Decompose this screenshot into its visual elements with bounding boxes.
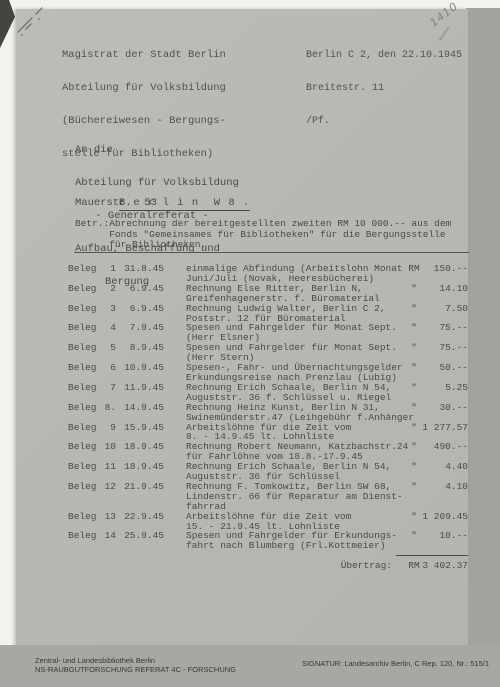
currency-mark: " bbox=[406, 363, 422, 373]
beleg-number: 1 bbox=[104, 264, 116, 274]
beleg-amount: 1 277.57 bbox=[422, 423, 468, 433]
currency-mark: " bbox=[406, 284, 422, 294]
beleg-date: 11.9.45 bbox=[116, 383, 164, 393]
subject-block: Betr.: Abrechnung der bereitgestellten z… bbox=[16, 219, 468, 253]
table-row: Beleg610.9.45Spesen-, Fahr- und Übernach… bbox=[16, 363, 468, 383]
total-label: Übertrag: bbox=[16, 561, 406, 571]
table-row: Beleg711.9.45Rechnung Erich Schaale, Ber… bbox=[16, 383, 468, 403]
beleg-date: 15.9.45 bbox=[116, 423, 164, 433]
beleg-date: 21.9.45 bbox=[116, 482, 164, 492]
archive-caption-band: Zentral- und Landesbibliothek Berlin NS-… bbox=[0, 645, 500, 687]
beleg-table: Beleg131.8.45einmalige Abfindung (Arbeit… bbox=[16, 264, 468, 571]
beleg-label: Beleg bbox=[68, 343, 104, 353]
beleg-label: Beleg bbox=[68, 323, 104, 333]
beleg-label: Beleg bbox=[68, 383, 104, 393]
beleg-number: 9 bbox=[104, 423, 116, 433]
subject-line: Abrechnung der bereitgestellten zweiten … bbox=[109, 219, 469, 230]
currency-mark: " bbox=[406, 512, 422, 522]
currency-mark: " bbox=[406, 323, 422, 333]
beleg-amount: 150.-- bbox=[422, 264, 468, 274]
beleg-amount: 4.40 bbox=[422, 462, 468, 472]
beleg-amount: 30.-- bbox=[422, 403, 468, 413]
table-row: Beleg47.9.45Spesen und Fahrgelder für Mo… bbox=[16, 323, 468, 343]
place-date: Berlin C 2, den 22.10.1945 bbox=[306, 50, 462, 61]
currency-mark: " bbox=[406, 482, 422, 492]
currency-mark: " bbox=[406, 383, 422, 393]
reference-initials: /Pf. bbox=[306, 116, 462, 127]
beleg-description: Arbeitslöhne für die Zeit vom15. - 21.9.… bbox=[186, 512, 406, 532]
total-currency: RM bbox=[406, 561, 422, 571]
currency-mark: " bbox=[406, 423, 422, 433]
beleg-date: 6.9.45 bbox=[116, 284, 164, 294]
beleg-number: 4 bbox=[104, 323, 116, 333]
table-row: Beleg1322.9.45Arbeitslöhne für die Zeit … bbox=[16, 512, 468, 532]
beleg-description-line: fahrt nach Blumberg (Frl.Kottmeier) bbox=[186, 541, 406, 551]
beleg-number: 10 bbox=[104, 442, 116, 452]
table-row: Beleg58.9.45Spesen und Fahrgelder für Mo… bbox=[16, 343, 468, 363]
beleg-date: 14.9.45 bbox=[116, 403, 164, 413]
beleg-number: 13 bbox=[104, 512, 116, 522]
total-row: Übertrag: RM 3 402.37 bbox=[16, 561, 468, 571]
beleg-description: Rechnung Robert Neumann, Katzbachstr.24f… bbox=[186, 442, 406, 462]
beleg-description: Rechnung Heinz Kunst, Berlin N 31,Swinem… bbox=[186, 403, 406, 423]
beleg-label: Beleg bbox=[68, 482, 104, 492]
currency-mark: " bbox=[406, 304, 422, 314]
currency-mark: " bbox=[406, 442, 422, 452]
table-row: Beleg1425.9.45Spesen und Fahrgelder für … bbox=[16, 531, 468, 551]
beleg-amount: 75.-- bbox=[422, 343, 468, 353]
beleg-date: 18.9.45 bbox=[116, 442, 164, 452]
beleg-description: Rechnung F. Tomkowitz, Berlin SW 68,Lind… bbox=[186, 482, 406, 512]
beleg-number: 3 bbox=[104, 304, 116, 314]
beleg-date: 31.8.45 bbox=[116, 264, 164, 274]
beleg-description: einmalige Abfindung (Arbeitslohn MonatJu… bbox=[186, 264, 406, 284]
currency-mark: " bbox=[406, 462, 422, 472]
beleg-number: 11 bbox=[104, 462, 116, 472]
beleg-label: Beleg bbox=[68, 363, 104, 373]
table-row: Beleg8.14.9.45Rechnung Heinz Kunst, Berl… bbox=[16, 403, 468, 423]
beleg-amount: 1 209.45 bbox=[422, 512, 468, 522]
beleg-description: Rechnung Ludwig Walter, Berlin C 2,Posts… bbox=[186, 304, 406, 324]
archive-library-label: Zentral- und Landesbibliothek Berlin NS-… bbox=[35, 657, 236, 674]
sender-line: Magistrat der Stadt Berlin bbox=[62, 50, 226, 61]
date-block: Berlin C 2, den 22.10.1945 Breitestr. 11… bbox=[306, 28, 462, 149]
beleg-description: Spesen und Fahrgelder für Erkundungs-fah… bbox=[186, 531, 406, 551]
beleg-description: Rechnung Else Ritter, Berlin N,Greifenha… bbox=[186, 284, 406, 304]
table-row: Beleg131.8.45einmalige Abfindung (Arbeit… bbox=[16, 264, 468, 284]
beleg-amount: 7.50 bbox=[422, 304, 468, 314]
currency-mark: " bbox=[406, 531, 422, 541]
beleg-label: Beleg bbox=[68, 462, 104, 472]
beleg-number: 2 bbox=[104, 284, 116, 294]
table-row: Beleg915.9.45Arbeitslöhne für die Zeit v… bbox=[16, 423, 468, 443]
beleg-number: 12 bbox=[104, 482, 116, 492]
beleg-label: Beleg bbox=[68, 264, 104, 274]
currency-mark: RM bbox=[406, 264, 422, 274]
recipient-line: An die bbox=[75, 145, 239, 156]
pencil-checkmark bbox=[12, 2, 58, 47]
beleg-description: Spesen und Fahrgelder für Monat Sept.(He… bbox=[186, 343, 406, 363]
table-row: Beleg36.9.45Rechnung Ludwig Walter, Berl… bbox=[16, 304, 468, 324]
recipient-street: Mauerstr. 53 bbox=[75, 197, 157, 209]
beleg-description: Rechnung Erich Schaale, Berlin N 54,Augu… bbox=[186, 462, 406, 482]
currency-mark: " bbox=[406, 403, 422, 413]
table-row: Beleg1018.9.45Rechnung Robert Neumann, K… bbox=[16, 442, 468, 462]
beleg-label: Beleg bbox=[68, 403, 104, 413]
beleg-date: 6.9.45 bbox=[116, 304, 164, 314]
beleg-description: Spesen-, Fahr- und ÜbernachtungsgelderEr… bbox=[186, 363, 406, 383]
beleg-description: Spesen und Fahrgelder für Monat Sept.(He… bbox=[186, 323, 406, 343]
table-row: Beleg1118.9.45Rechnung Erich Schaale, Be… bbox=[16, 462, 468, 482]
beleg-date: 10.9.45 bbox=[116, 363, 164, 373]
beleg-label: Beleg bbox=[68, 304, 104, 314]
sender-street: Breitestr. 11 bbox=[306, 83, 462, 94]
subject-line-underlined: für Bibliotheken. bbox=[74, 240, 469, 253]
beleg-description: Arbeitslöhne für die Zeit vom8. - 14.9.4… bbox=[186, 423, 406, 443]
table-row: Beleg26.9.45Rechnung Else Ritter, Berlin… bbox=[16, 284, 468, 304]
beleg-number: 5 bbox=[104, 343, 116, 353]
scanner-backdrop bbox=[466, 8, 500, 687]
table-row: Beleg1221.9.45Rechnung F. Tomkowitz, Ber… bbox=[16, 482, 468, 512]
beleg-amount: 490.-- bbox=[422, 442, 468, 452]
beleg-date: 18.9.45 bbox=[116, 462, 164, 472]
archive-signature-label: SIGNATUR: Landesarchiv Berlin, C Rep. 12… bbox=[302, 659, 489, 668]
beleg-label: Beleg bbox=[68, 284, 104, 294]
beleg-number: 14 bbox=[104, 531, 116, 541]
beleg-amount: 50.-- bbox=[422, 363, 468, 373]
beleg-description-line: Swinemünderstr.47 (Leihgebühr f.Anhänger bbox=[186, 413, 406, 423]
currency-mark: " bbox=[406, 343, 422, 353]
beleg-date: 7.9.45 bbox=[116, 323, 164, 333]
beleg-date: 8.9.45 bbox=[116, 343, 164, 353]
document-scan: Magistrat der Stadt Berlin Abteilung für… bbox=[0, 0, 500, 687]
beleg-amount: 5.25 bbox=[422, 383, 468, 393]
beleg-amount: 4.10 bbox=[422, 482, 468, 492]
beleg-amount: 75.-- bbox=[422, 323, 468, 333]
beleg-label: Beleg bbox=[68, 423, 104, 433]
beleg-label: Beleg bbox=[68, 531, 104, 541]
sender-line: Abteilung für Volksbildung bbox=[62, 83, 226, 94]
archive-library-line: NS-RAUBGUTFORSCHUNG REFERAT 4C - FORSCHU… bbox=[35, 666, 236, 675]
beleg-amount: 14.10 bbox=[422, 284, 468, 294]
beleg-number: 7 bbox=[104, 383, 116, 393]
beleg-number: 8. bbox=[104, 403, 116, 413]
beleg-label: Beleg bbox=[68, 512, 104, 522]
beleg-date: 25.9.45 bbox=[116, 531, 164, 541]
beleg-amount: 10.-- bbox=[422, 531, 468, 541]
beleg-number: 6 bbox=[104, 363, 116, 373]
total-amount: 3 402.37 bbox=[422, 561, 468, 571]
total-rule bbox=[396, 555, 468, 556]
letter-page: Magistrat der Stadt Berlin Abteilung für… bbox=[16, 9, 468, 687]
beleg-description: Rechnung Erich Schaale, Berlin N 54,Augu… bbox=[186, 383, 406, 403]
beleg-rows: Beleg131.8.45einmalige Abfindung (Arbeit… bbox=[16, 264, 468, 551]
beleg-date: 22.9.45 bbox=[116, 512, 164, 522]
beleg-label: Beleg bbox=[68, 442, 104, 452]
